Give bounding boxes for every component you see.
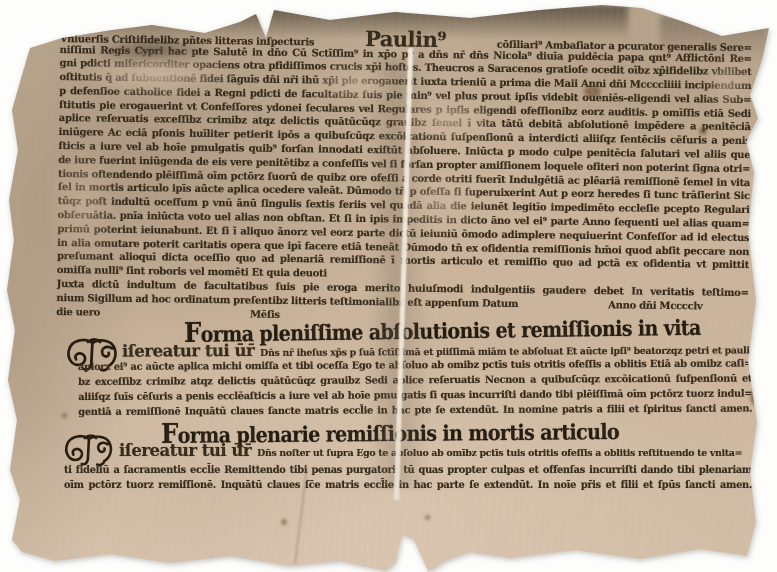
parchment-sheet: Vniuerſis Criſtifidelibz pn̄tes litteras…: [0, 0, 777, 572]
stain-spot: [750, 390, 760, 405]
stain-spot: [281, 519, 287, 525]
display-word-paulinus: Paulin⁹: [365, 32, 446, 47]
stain-spot: [699, 127, 707, 135]
faded-patch: [56, 44, 256, 104]
faded-patch: [696, 46, 760, 120]
misereatur-small: Dn̄s noſter ut ſupra Ego te abſoluo ab o…: [257, 448, 742, 459]
stain-spot: [584, 86, 601, 97]
stain-spot: [425, 515, 430, 520]
misereatur-large: iſereatur tui ūr̄: [122, 341, 254, 361]
stain-spot: [62, 413, 67, 418]
die-uero-label: die uero: [56, 306, 100, 320]
faded-patch: [382, 88, 514, 150]
misereatur-large: iſereatur tui ūr̄: [119, 441, 251, 460]
faded-patch: [34, 118, 130, 293]
photograph-of-indulgence-document: Vniuerſis Criſtifidelibz pn̄tes litteras…: [0, 0, 777, 572]
parchment-sheet-wrapper: Vniuerſis Criſtifidelibz pn̄tes litteras…: [0, 0, 777, 572]
lead-line-mortis: iſereatur tui ūr̄ Dn̄s noſter ut ſupra E…: [119, 441, 742, 460]
